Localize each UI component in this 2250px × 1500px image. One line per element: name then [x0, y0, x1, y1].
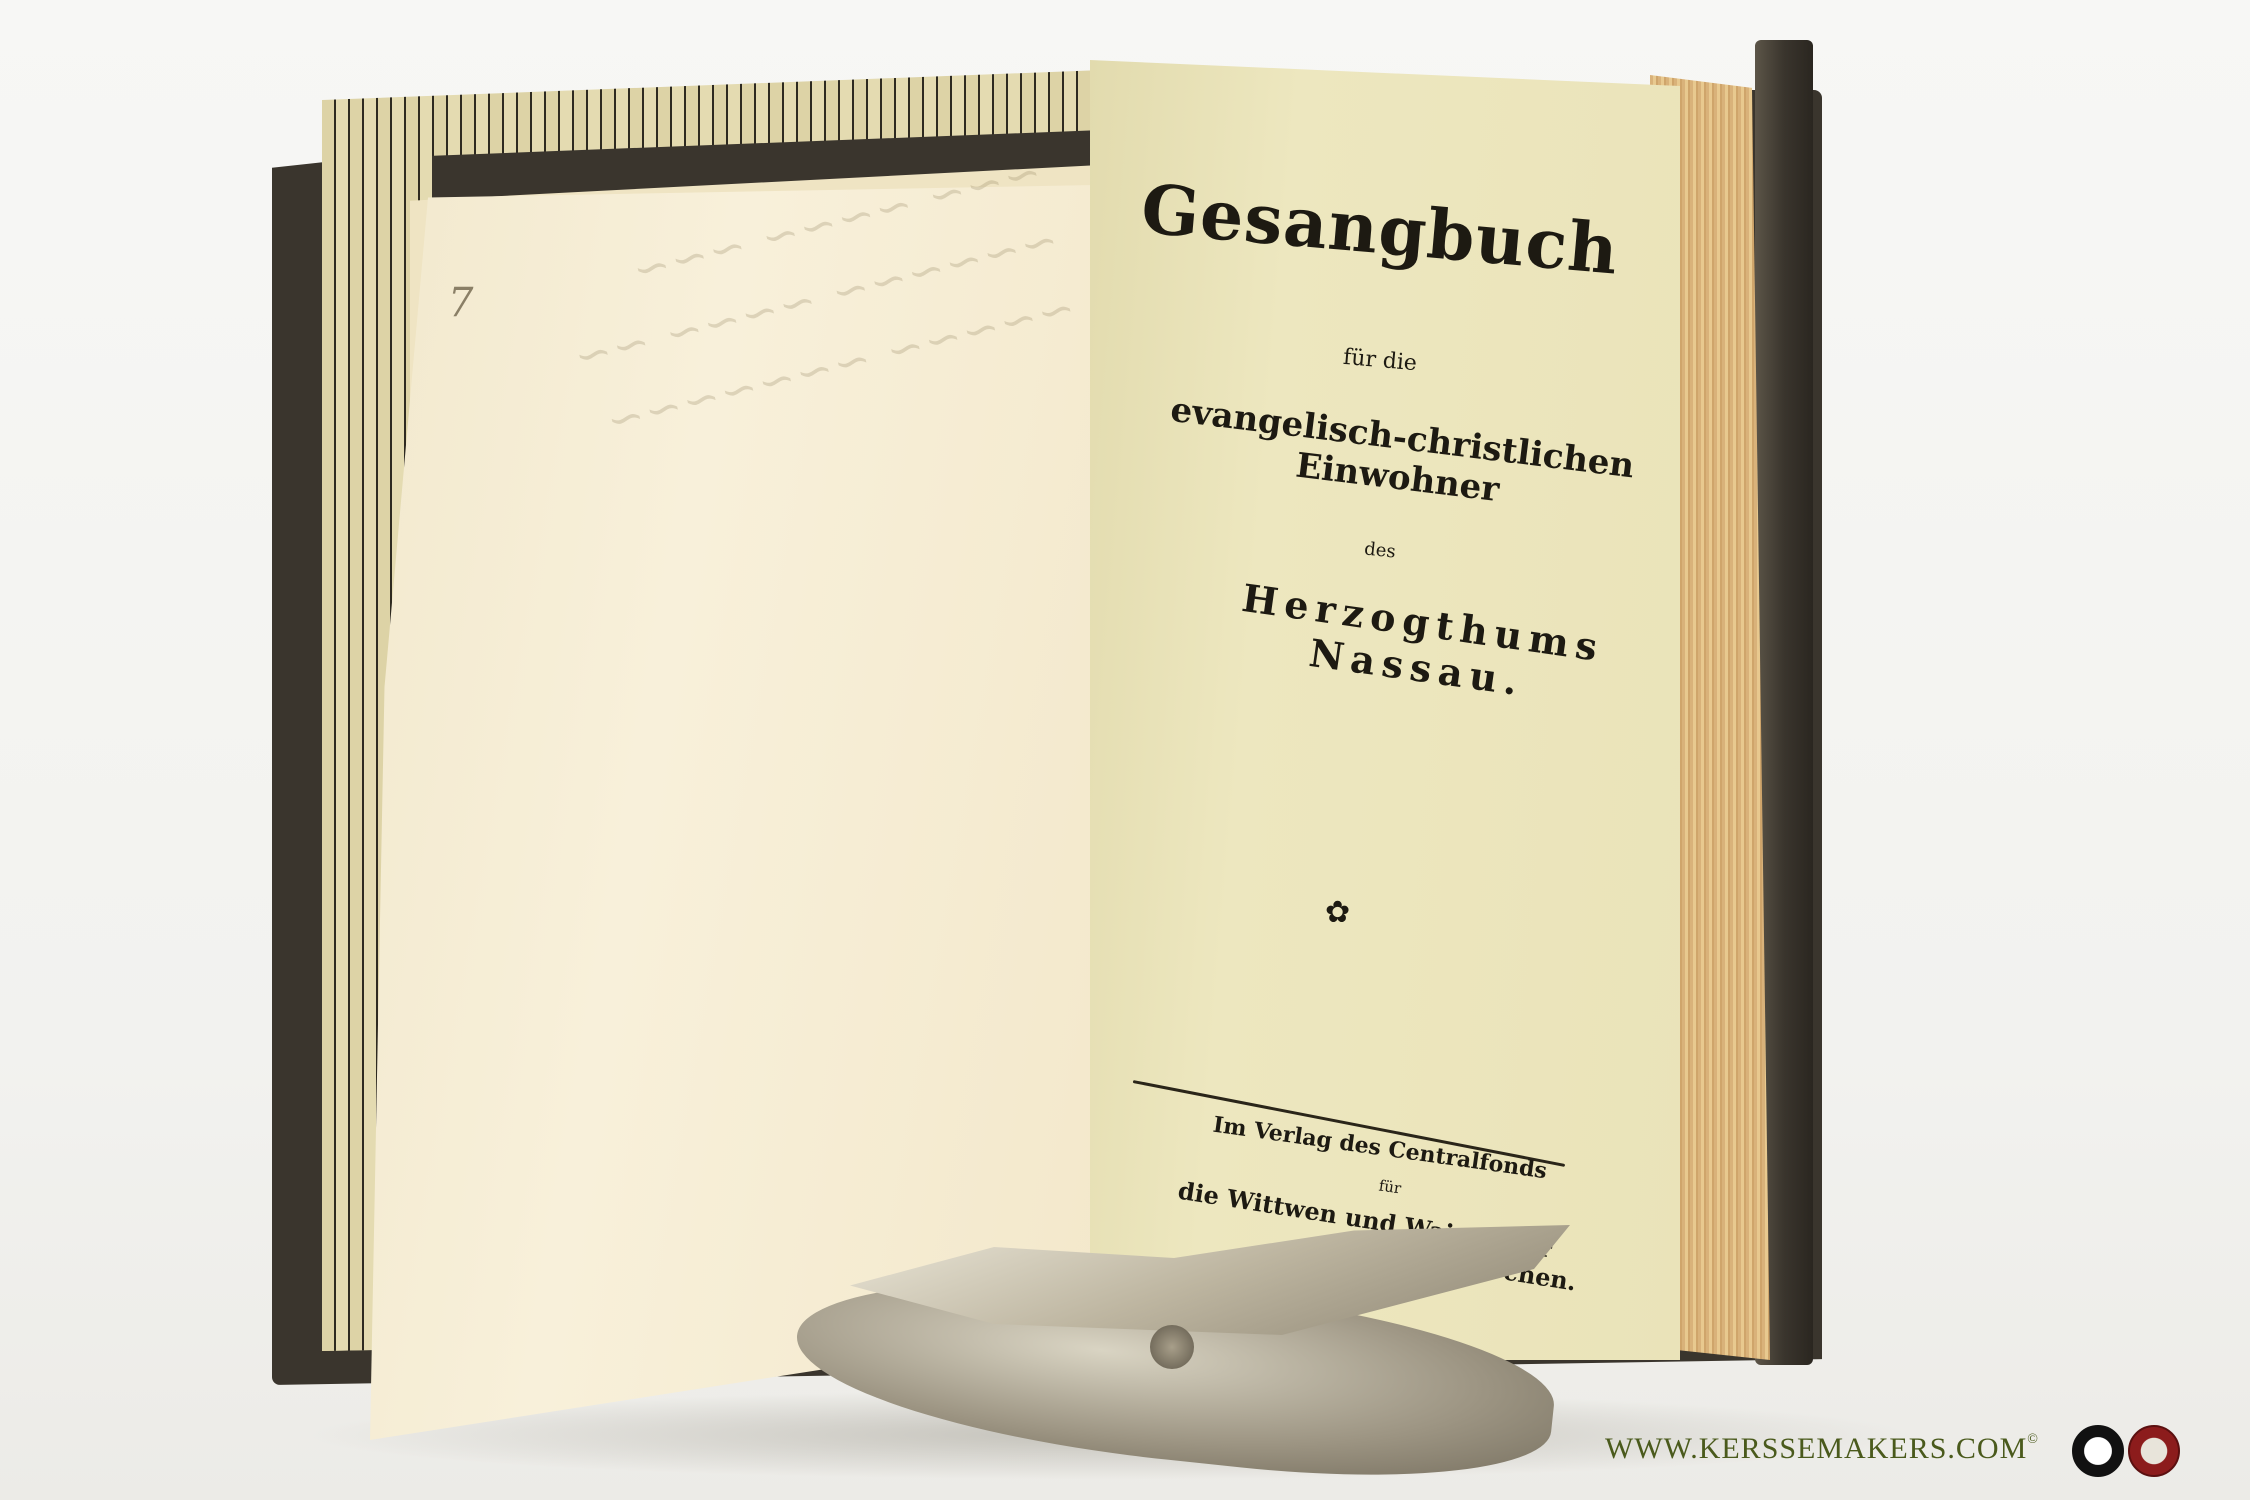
watermark-text: WWW.KERSSEMAKERS.COM: [1605, 1432, 2027, 1465]
pencil-mark: 7: [448, 280, 473, 326]
antiquarian-association-logo-icon: [2072, 1425, 2124, 1477]
silver-clip-hinge: [1150, 1325, 1194, 1369]
copyright-icon: ©: [2027, 1432, 2039, 1447]
flower-ornament-icon: ✿: [1325, 895, 1350, 930]
amor-librorum-logo-icon: [2128, 1425, 2180, 1477]
product-photo: 7 ~~~ ~~~~ ~~~~~~~~~ ~~~~ ~~~~~~~ ~~~~~~…: [0, 0, 2250, 1500]
watermark: WWW.KERSSEMAKERS.COM©: [1605, 1432, 2039, 1466]
